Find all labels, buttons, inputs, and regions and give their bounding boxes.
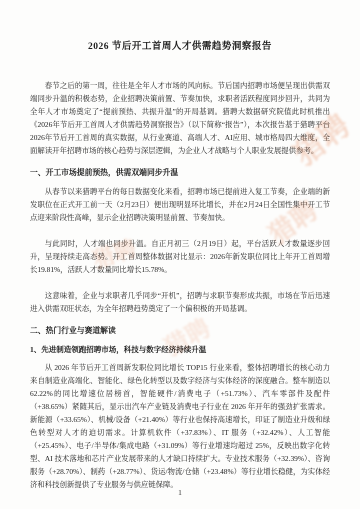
section-1-paragraph-3: 这意味着，企业与求职者几乎同步“开机”，招聘与求职节奏形成共振，市场在节后迅速进… [30,289,330,315]
paragraph-spacer [30,279,330,289]
page-number: 1 [0,488,360,497]
report-page: 猎聘 猎聘 猎聘 猎聘 2026 节后开工首周人才供需趋势洞察报告 春节之后的第… [0,0,360,509]
section-2-heading: 二、热门行业与赛道解读 [30,325,330,336]
section-1-paragraph-1: 从春节以来猎聘平台的每日数据变化来看，招聘市场已提前进入复工节奏，企业端的新发职… [30,185,330,224]
report-title: 2026 节后开工首周人才供需趋势洞察报告 [30,38,330,52]
paragraph-spacer [30,227,330,237]
section-2-subheading: 1、先进制造领跑招聘市场，科技与数字经济持续升温 [30,344,330,355]
section-1-heading: 一、开工市场提前预热，供需双端同步升温 [30,167,330,178]
intro-paragraph: 春节之后的第一周，往往是全年人才市场的风向标。节后国内招聘市场便呈现出供需双端同… [30,79,330,157]
section-1-paragraph-2: 与此同时，人才端也同步升温。自正月初三（2月19日）起，平台活跃人才数量逐步回升… [30,237,330,276]
document-content: 2026 节后开工首周人才供需趋势洞察报告 春节之后的第一周，往往是全年人才市场… [0,0,360,491]
section-2-paragraph-1: 从 2026 年节后开工首周新发职位同比增长 TOP15 行业来看，整体招聘增长… [30,361,330,491]
